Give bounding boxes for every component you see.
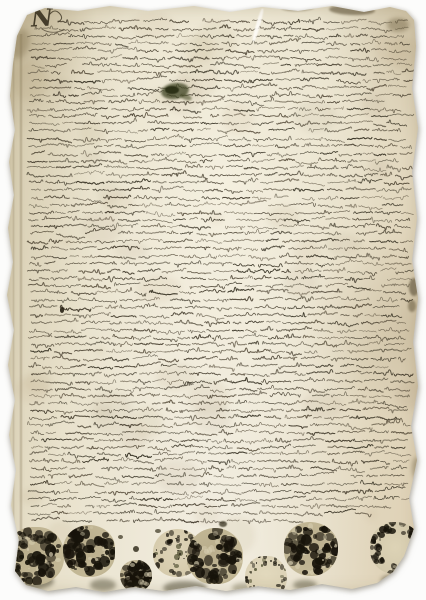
handwriting-line (27, 32, 403, 40)
seal-texture-blob (6, 546, 16, 559)
handwriting-line (31, 287, 406, 296)
handwriting-line (32, 74, 413, 84)
handwriting-line (28, 282, 409, 290)
seal-texture-blob (402, 566, 408, 572)
seal-texture-blob (412, 556, 416, 560)
seal-texture-blob (267, 591, 269, 592)
handwriting-line (31, 55, 406, 62)
seal-texture-blob (269, 595, 272, 598)
handwriting-line (29, 274, 412, 282)
seal-texture-blob (8, 559, 13, 565)
seal-texture-blob (412, 556, 415, 559)
seal-texture-blob (255, 592, 259, 597)
handwriting-line (29, 436, 407, 444)
seal-texture-blob (7, 551, 11, 554)
handwriting-line (32, 296, 413, 304)
seal-texture-blob (409, 567, 414, 570)
paper-shadow: N (0, 0, 426, 600)
manuscript-photo: N (0, 0, 426, 600)
seal-texture-blob (7, 561, 11, 564)
seal-texture-blob (400, 569, 403, 573)
seal-texture-blob (272, 591, 275, 595)
handwriting-line (28, 486, 405, 495)
handwriting-line (30, 399, 407, 409)
handwriting-line (27, 134, 405, 143)
handwriting-line (31, 245, 407, 252)
handwriting-line (29, 46, 411, 55)
handwriting-line (31, 354, 405, 362)
handwriting-line (32, 340, 404, 348)
handwriting-line (28, 333, 405, 342)
seal-texture-blob (277, 590, 281, 593)
handwriting-line (28, 268, 417, 276)
seal-texture-blob (406, 567, 411, 574)
seal-texture-blob (267, 591, 269, 592)
handwriting-line (29, 127, 401, 134)
handwriting-line (31, 347, 412, 355)
handwriting-line (30, 304, 400, 312)
handwriting-line (27, 106, 401, 113)
handwriting-line (31, 311, 402, 321)
seal-texture-blob (262, 588, 266, 593)
handwriting-line (29, 178, 409, 186)
handwriting-line (27, 171, 414, 180)
handwriting-line (29, 216, 410, 223)
seal-texture-blob (7, 549, 16, 556)
handwriting-line (31, 502, 391, 508)
handwriting-line (32, 444, 405, 451)
seal-texture-blob (408, 564, 411, 567)
handwriting-line (28, 495, 411, 502)
handwriting-line (31, 253, 408, 261)
seal-texture-blob (401, 565, 404, 568)
seal-texture-blob (398, 563, 404, 569)
handwriting-line (31, 406, 408, 414)
handwriting-line (58, 17, 407, 25)
seal-texture-blob (405, 571, 409, 574)
handwriting-line (29, 112, 413, 118)
seal-texture-blob (421, 546, 422, 550)
handwriting-line (28, 157, 399, 166)
seal-texture-blob (12, 534, 18, 538)
handwriting-line (27, 164, 412, 172)
seal-texture-blob (132, 587, 136, 591)
initial-letter: N (30, 5, 53, 30)
seal-texture-blob (134, 589, 138, 592)
handwriting-line (29, 98, 384, 106)
seal-texture-blob (420, 539, 422, 543)
handwriting-line (28, 69, 415, 76)
handwriting-line (30, 118, 407, 126)
seal-texture-blob (413, 535, 420, 540)
handwriting-line (35, 25, 408, 33)
handwriting-line (32, 39, 410, 47)
handwriting-line (32, 62, 412, 69)
seal-texture-blob (257, 594, 261, 598)
handwriting-line (29, 200, 403, 210)
seal-texture-blob (270, 593, 272, 595)
seal-texture-blob (404, 562, 407, 565)
handwriting-line (30, 90, 411, 98)
handwriting-line (32, 150, 412, 157)
handwriting-text-lines (0, 0, 426, 600)
seal-texture-blob (255, 592, 259, 597)
handwriting-line (30, 259, 411, 267)
handwriting-line (31, 429, 412, 436)
handwriting-line (32, 194, 409, 202)
handwriting-line (32, 186, 412, 194)
seal-texture-blob (261, 596, 263, 598)
seal-texture-blob (260, 596, 263, 598)
handwriting-line (30, 450, 411, 459)
handwriting-line (30, 457, 410, 466)
seal-texture-blob (132, 589, 135, 592)
seal-texture-blob (14, 538, 19, 542)
handwriting-line (28, 509, 371, 517)
seal-texture-blob (409, 542, 417, 551)
handwriting-line (31, 223, 410, 230)
handwriting-line (31, 480, 408, 487)
seal-texture-blob (253, 591, 256, 595)
handwriting-line (31, 465, 406, 472)
handwriting-line (30, 210, 414, 217)
handwriting-line (30, 472, 404, 480)
seal-texture-blob (409, 567, 414, 572)
seal-texture-blob (412, 541, 417, 547)
seal-texture-blob (270, 596, 272, 598)
handwriting-line (29, 143, 412, 149)
handwriting-line (29, 362, 388, 371)
handwriting-line (27, 238, 412, 244)
handwriting-line (32, 382, 410, 393)
handwriting-line (31, 377, 414, 385)
handwriting-line (27, 418, 410, 430)
handwriting-line (29, 414, 400, 420)
parchment-sheet: N (0, 0, 426, 600)
handwriting-line (29, 326, 409, 335)
seal-texture-blob (416, 553, 422, 557)
seal-texture-blob (7, 548, 13, 556)
seal-texture-blob (271, 590, 274, 593)
handwriting-line (31, 228, 402, 239)
handwriting-line (32, 369, 414, 377)
handwriting-line (32, 517, 303, 524)
